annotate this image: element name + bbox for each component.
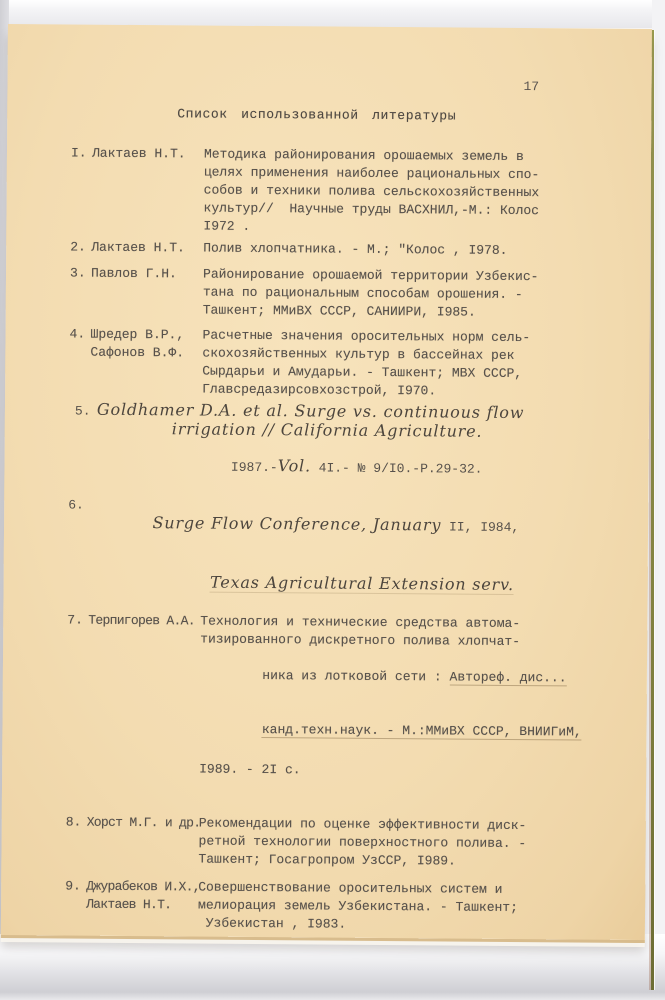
bib-entry: I. Лактаев Н.Т. Методика районирования о… <box>70 144 651 239</box>
entry-line: I987.-Vol. 4I.- № 9/I0.-P.29-32. <box>168 438 648 498</box>
entry-text: Расчетные значения оросительных норм сел… <box>202 327 650 403</box>
bib-entry: 3. Павлов Г.Н. Районирование орошаемой т… <box>70 264 650 323</box>
entry-number: 5. <box>74 400 97 494</box>
entry-line: I972 . <box>203 218 650 240</box>
entry-number: 2. <box>70 238 91 256</box>
entry-line: культур// Научные труды ВАСХНИЛ,-М.: Кол… <box>203 200 650 222</box>
entry-authors: Шредер В.Р., Сафонов В.Ф. <box>90 326 203 399</box>
entry-number: 3. <box>70 264 91 318</box>
entry-number: 6. <box>67 493 90 611</box>
bib-entry: 8. Хорст М.Г. и др. Рекомендации по оцен… <box>65 813 645 872</box>
scanner-background-bottom <box>0 934 665 1000</box>
entry-text: Методика районирования орошаемых земель … <box>203 146 651 240</box>
bib-entry: 7. Терпигорев А.А. Технология и техничес… <box>66 611 647 782</box>
entry-line-segment: ника из лотковой сети : <box>262 668 449 684</box>
entry-author: Хорст М.Г. и др. <box>87 814 199 833</box>
handwritten-line: Texas Agricultural Extension serv. <box>147 553 647 616</box>
entry-line: Узбекистан , I983. <box>198 915 645 937</box>
entry-author: Лактаев Н.Т. <box>91 239 203 258</box>
entry-line: Ташкент; ММиВХ СССР, САНИИРИ, I985. <box>203 302 650 324</box>
entry-author: Лактаев Н.Т. <box>86 896 198 915</box>
entry-authors: Терпигорев А.А. <box>87 612 200 779</box>
entry-number: 7. <box>66 611 88 777</box>
entry-author: Терпигорев А.А. <box>88 612 200 631</box>
entry-text: Полив хлопчатника. - М.; "Колос , I978. <box>203 240 650 262</box>
typed-segment: I987.- <box>231 460 278 475</box>
entry-line: Главсредазирсовхозстрой, I970. <box>202 381 649 403</box>
entry-text: Рекомендации по оценке эффективности дис… <box>198 815 645 873</box>
entry-author: Павлов Г.Н. <box>91 265 203 284</box>
entry-line: канд.техн.наук. - М.:ММиВХ СССР, ВНИИГиМ… <box>199 703 646 761</box>
entry-line: ника из лотковой сети : Автореф. дис... <box>200 649 647 707</box>
scanned-page: 17 Список использованной литературы I. Л… <box>1 24 652 940</box>
entry-author: Сафонов В.Ф. <box>90 344 202 363</box>
typed-segment: 4I.- № 9/I0.-P.29-32. <box>311 460 483 476</box>
entry-author: Джурабеков И.Х., <box>86 878 198 897</box>
entry-authors: Джурабеков И.Х., Лактаев Н.Т. <box>86 878 198 933</box>
entry-text: Технология и технические средства автома… <box>199 613 647 783</box>
entry-author: Лактаев Н.Т. <box>92 145 204 164</box>
entry-line: тизированного дискретного полива хлопчат… <box>200 631 647 653</box>
entry-line: I989. - 2I с. <box>199 761 646 783</box>
handwritten-segment: Vol. <box>278 456 311 475</box>
bib-entry-handwritten: 5. Goldhamer D.A. et al. Surge vs. conti… <box>74 400 649 499</box>
entry-number: 4. <box>69 325 91 397</box>
entry-text: Surge Flow Conference, January II, I984,… <box>89 494 648 616</box>
bib-entry-handwritten: 6. Surge Flow Conference, January II, I9… <box>67 493 648 616</box>
typed-segment: II, I984, <box>441 519 519 535</box>
entry-text: Goldhamer D.A. et al. Surge vs. continuo… <box>96 400 649 498</box>
handwritten-segment: Surge Flow Conference, January <box>152 513 441 534</box>
bib-entry: 4. Шредер В.Р., Сафонов В.Ф. Расчетные з… <box>69 325 650 402</box>
entry-line: Ташкент; Госагропром УзССР, I989. <box>198 851 645 873</box>
handwritten-line: Surge Flow Conference, January II, I984, <box>90 494 648 557</box>
page-title: Список использованной литературы <box>177 106 651 125</box>
page-number: 17 <box>523 79 539 94</box>
underlined-segment: Автореф. дис... <box>449 669 566 686</box>
entry-authors: Павлов Г.Н. <box>91 265 203 320</box>
entry-author: Шредер В.Р., <box>90 326 202 345</box>
entry-line: Полив хлопчатника. - М.; "Колос , I978. <box>203 240 650 262</box>
bib-entry: 9. Джурабеков И.Х., Лактаев Н.Т. Соверше… <box>65 877 645 936</box>
entry-authors: Хорст М.Г. и др. <box>86 814 198 869</box>
entry-authors: Лактаев Н.Т. <box>91 145 204 236</box>
underlined-segment: канд.техн.наук. - М.:ММиВХ СССР, ВНИИГиМ… <box>262 722 582 741</box>
handwritten-line: irrigation // California Agriculture. <box>172 419 649 442</box>
entry-number: 9. <box>65 877 86 931</box>
entry-number: 8. <box>65 813 86 867</box>
bib-entry: 2. Лактаев Н.Т. Полив хлопчатника. - М.;… <box>70 238 650 261</box>
handwritten-segment: Texas Agricultural Extension serv. <box>210 573 514 595</box>
entry-text: Районирование орошаемой территории Узбек… <box>203 266 650 324</box>
book-edge-line <box>651 30 654 990</box>
entry-number: I. <box>70 144 92 234</box>
entry-text: Совершенствование оросительных систем и … <box>198 879 645 937</box>
entry-authors: Лактаев Н.Т. <box>91 239 203 258</box>
